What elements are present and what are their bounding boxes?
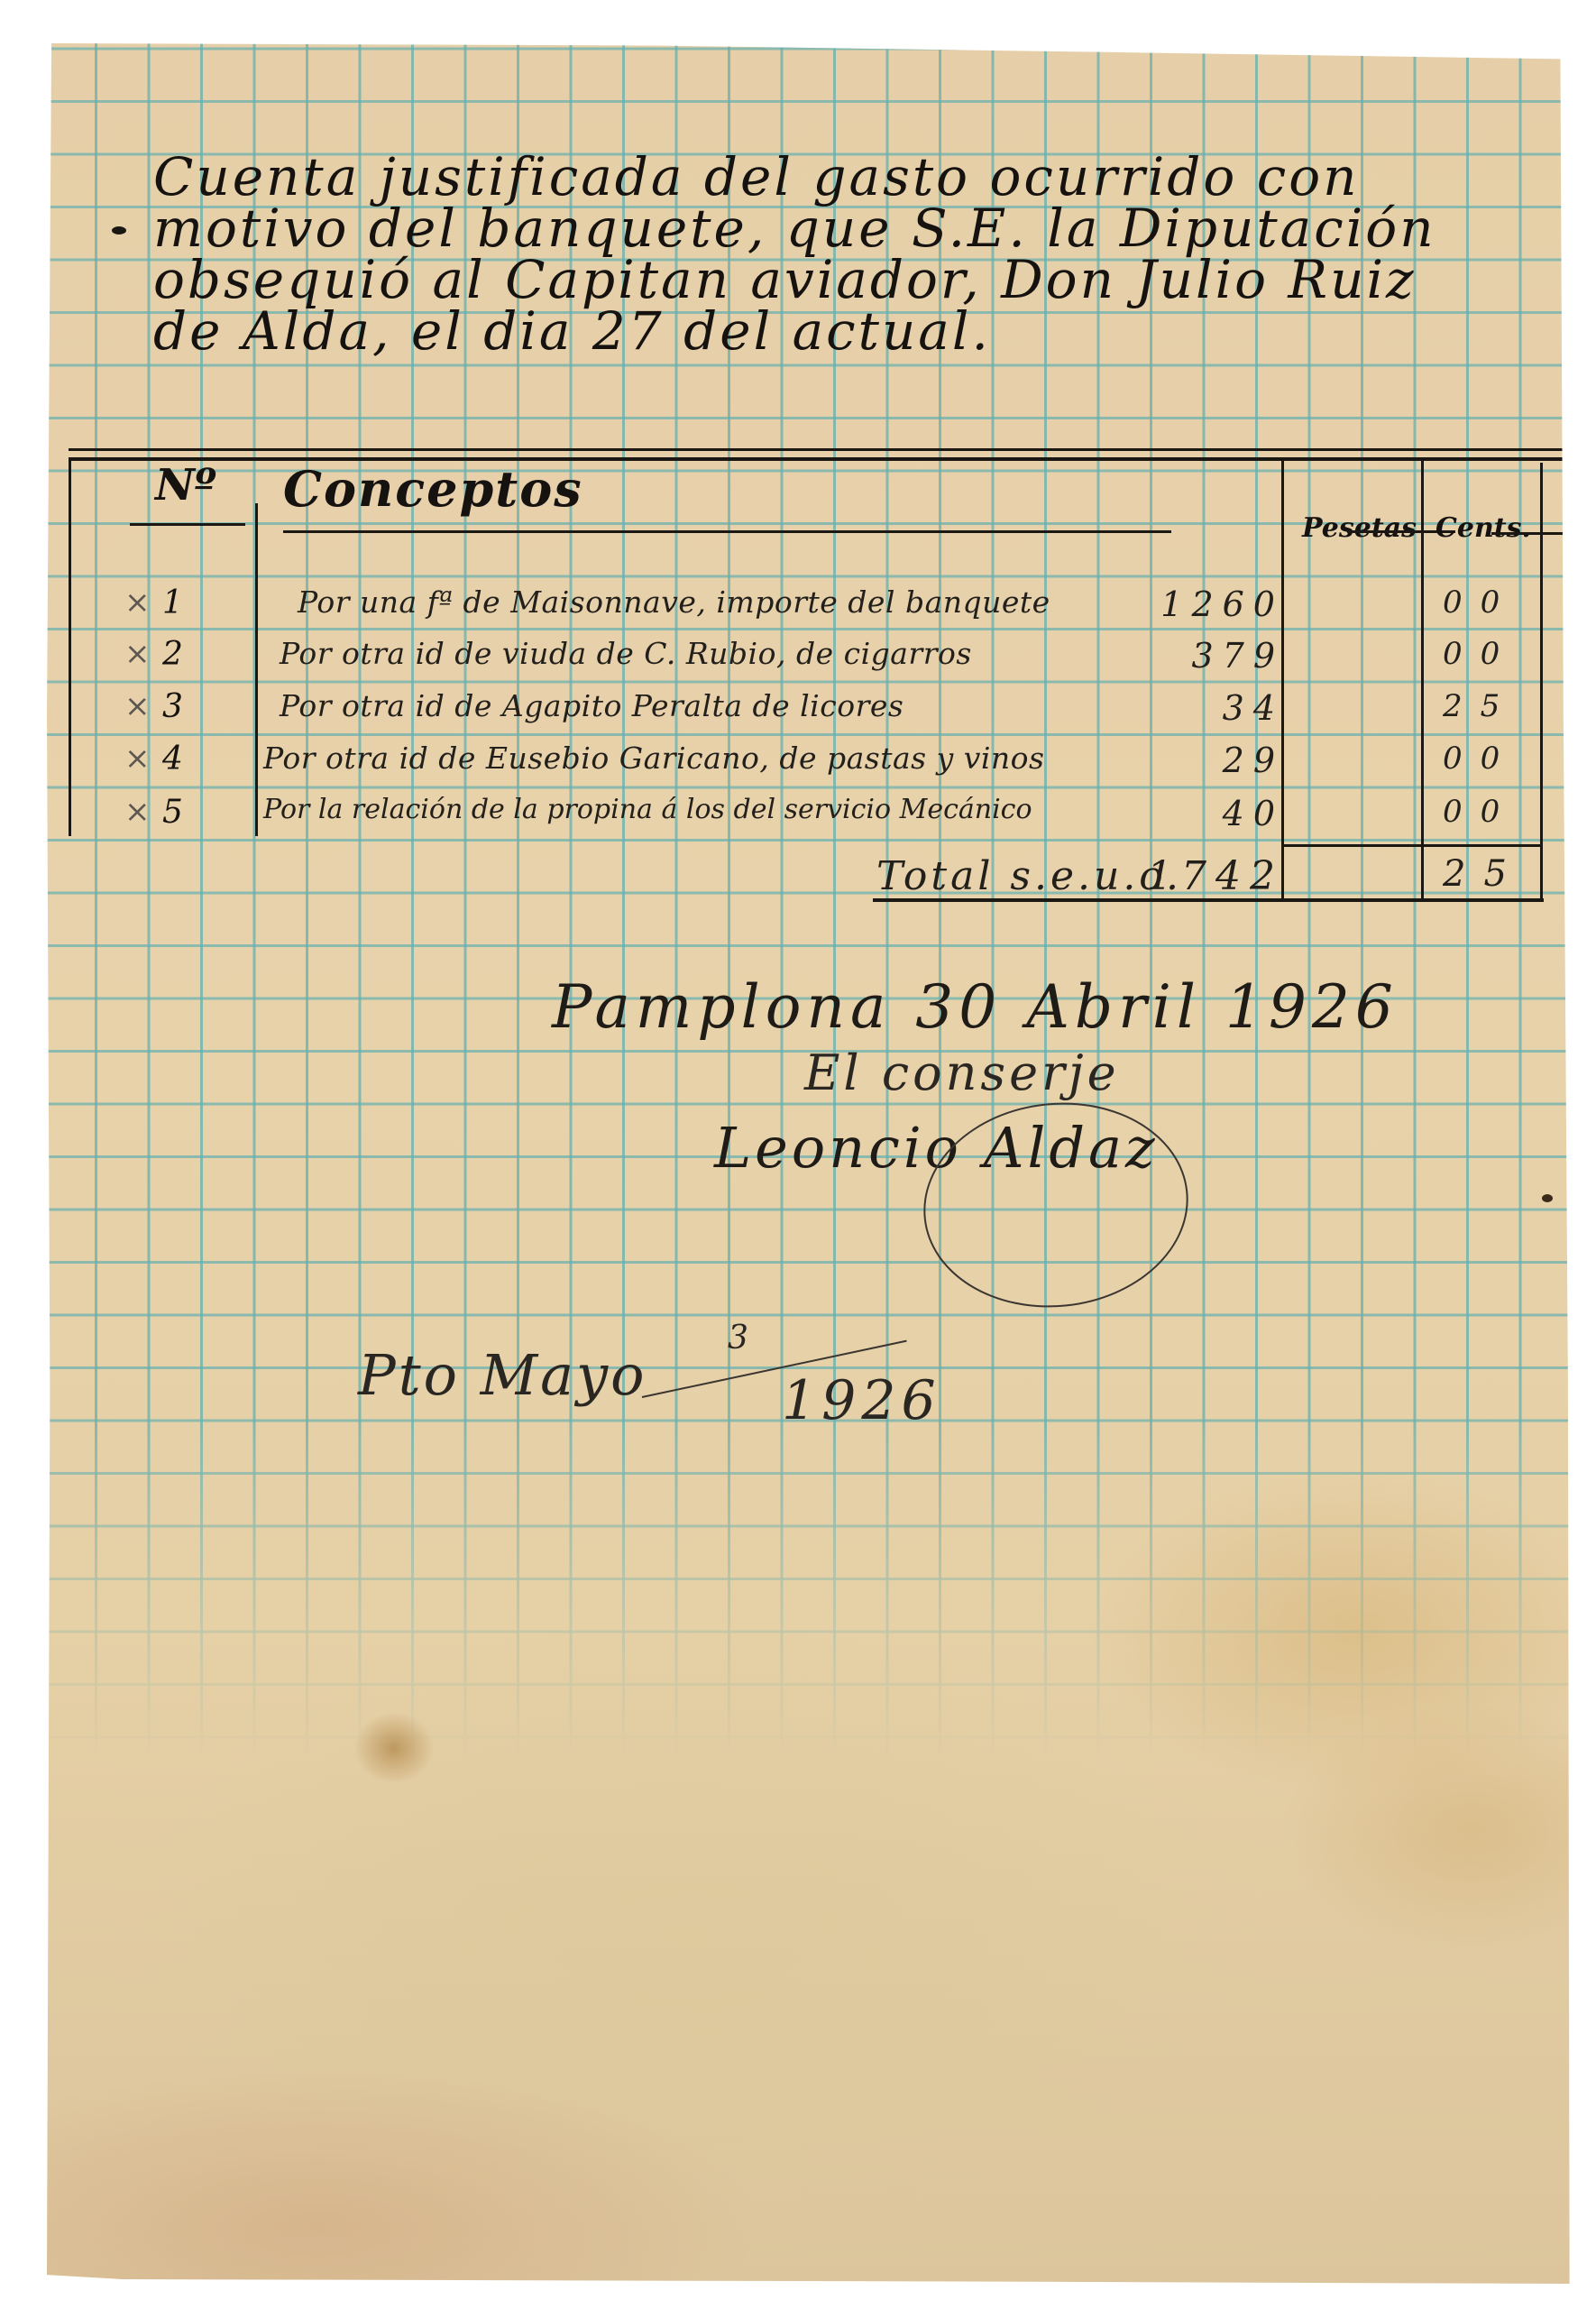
check-mark: × [124, 688, 151, 724]
total-cents: 25 [1443, 853, 1525, 895]
bullet-mark [112, 226, 126, 235]
header-number: Nº [155, 460, 216, 511]
row-cents: 25 [1443, 688, 1518, 724]
row-number: 5 [162, 794, 183, 831]
check-mark: × [124, 741, 151, 777]
check-mark: × [124, 794, 151, 830]
table-top-rule [69, 448, 1565, 451]
signer-role: El conserje [804, 1044, 1120, 1101]
row-concept: Por la relación de la propina á los del … [263, 794, 1032, 825]
header-number-underline [130, 523, 245, 526]
total-underline [873, 898, 1544, 902]
table-row: × 5 Por la relación de la propina á los … [47, 794, 1573, 844]
total-pesetas: 1742 [1147, 853, 1284, 899]
row-number: 1 [162, 584, 183, 621]
title-line-2: motivo del banquete, que S.E. la Diputac… [153, 203, 1578, 254]
row-number: 3 [162, 688, 183, 725]
row-concept: Por otra id de Eusebio Garicano, de past… [263, 741, 1044, 776]
annotation-year: 1926 [782, 1369, 941, 1432]
header-pesetas: Pesetas [1302, 512, 1417, 544]
header-concepts: Conceptos [283, 460, 583, 518]
row-pesetas: 379 [1191, 636, 1284, 676]
row-number: 2 [162, 636, 183, 673]
title-line-1: Cuenta justificada del gasto ocurrido co… [153, 152, 1578, 203]
row-cents: 00 [1443, 636, 1518, 672]
row-pesetas: 34 [1223, 688, 1284, 728]
annotation-text: Pto Mayo [358, 1342, 647, 1408]
annotation-day: 3 [728, 1320, 748, 1357]
total-label: Total s.e.u.o. [876, 853, 1182, 899]
check-mark: × [124, 636, 151, 672]
header-cents-underline [1491, 532, 1596, 535]
check-mark: × [124, 584, 151, 621]
row-pesetas: 1260 [1160, 584, 1284, 624]
table-row: × 3 Por otra id de Agapito Peralta de li… [47, 688, 1573, 739]
stain-mark [353, 1712, 435, 1784]
row-pesetas: 40 [1223, 794, 1284, 833]
ink-speck [1542, 1194, 1553, 1202]
row-cents: 00 [1443, 741, 1518, 777]
row-cents: 00 [1443, 584, 1518, 621]
row-cents: 00 [1443, 794, 1518, 830]
total-row: Total s.e.u.o. 1742 25 [47, 853, 1573, 904]
document-title: Cuenta justificada del gasto ocurrido co… [153, 152, 1578, 357]
header-cents: Cents. [1435, 512, 1531, 544]
place-date: Pamplona 30 Abril 1926 [552, 972, 1399, 1042]
table-row: × 1 Por una fª de Maisonnave, importe de… [47, 584, 1573, 635]
document-page: Cuenta justificada del gasto ocurrido co… [47, 43, 1573, 2284]
sum-rule [1281, 844, 1543, 847]
title-line-3: obsequió al Capitan aviador, Don Julio R… [153, 254, 1578, 306]
row-concept: Por otra id de Agapito Peralta de licore… [280, 688, 903, 723]
table-row: × 4 Por otra id de Eusebio Garicano, de … [47, 741, 1573, 791]
row-concept: Por una fª de Maisonnave, importe del ba… [298, 584, 1050, 620]
row-number: 4 [162, 741, 183, 777]
table-row: × 2 Por otra id de viuda de C. Rubio, de… [47, 636, 1573, 686]
row-pesetas: 29 [1223, 741, 1284, 780]
row-concept: Por otra id de viuda de C. Rubio, de cig… [280, 636, 972, 671]
header-concepts-underline [283, 530, 1171, 533]
title-line-4: de Alda, el dia 27 del actual. [153, 306, 1578, 357]
